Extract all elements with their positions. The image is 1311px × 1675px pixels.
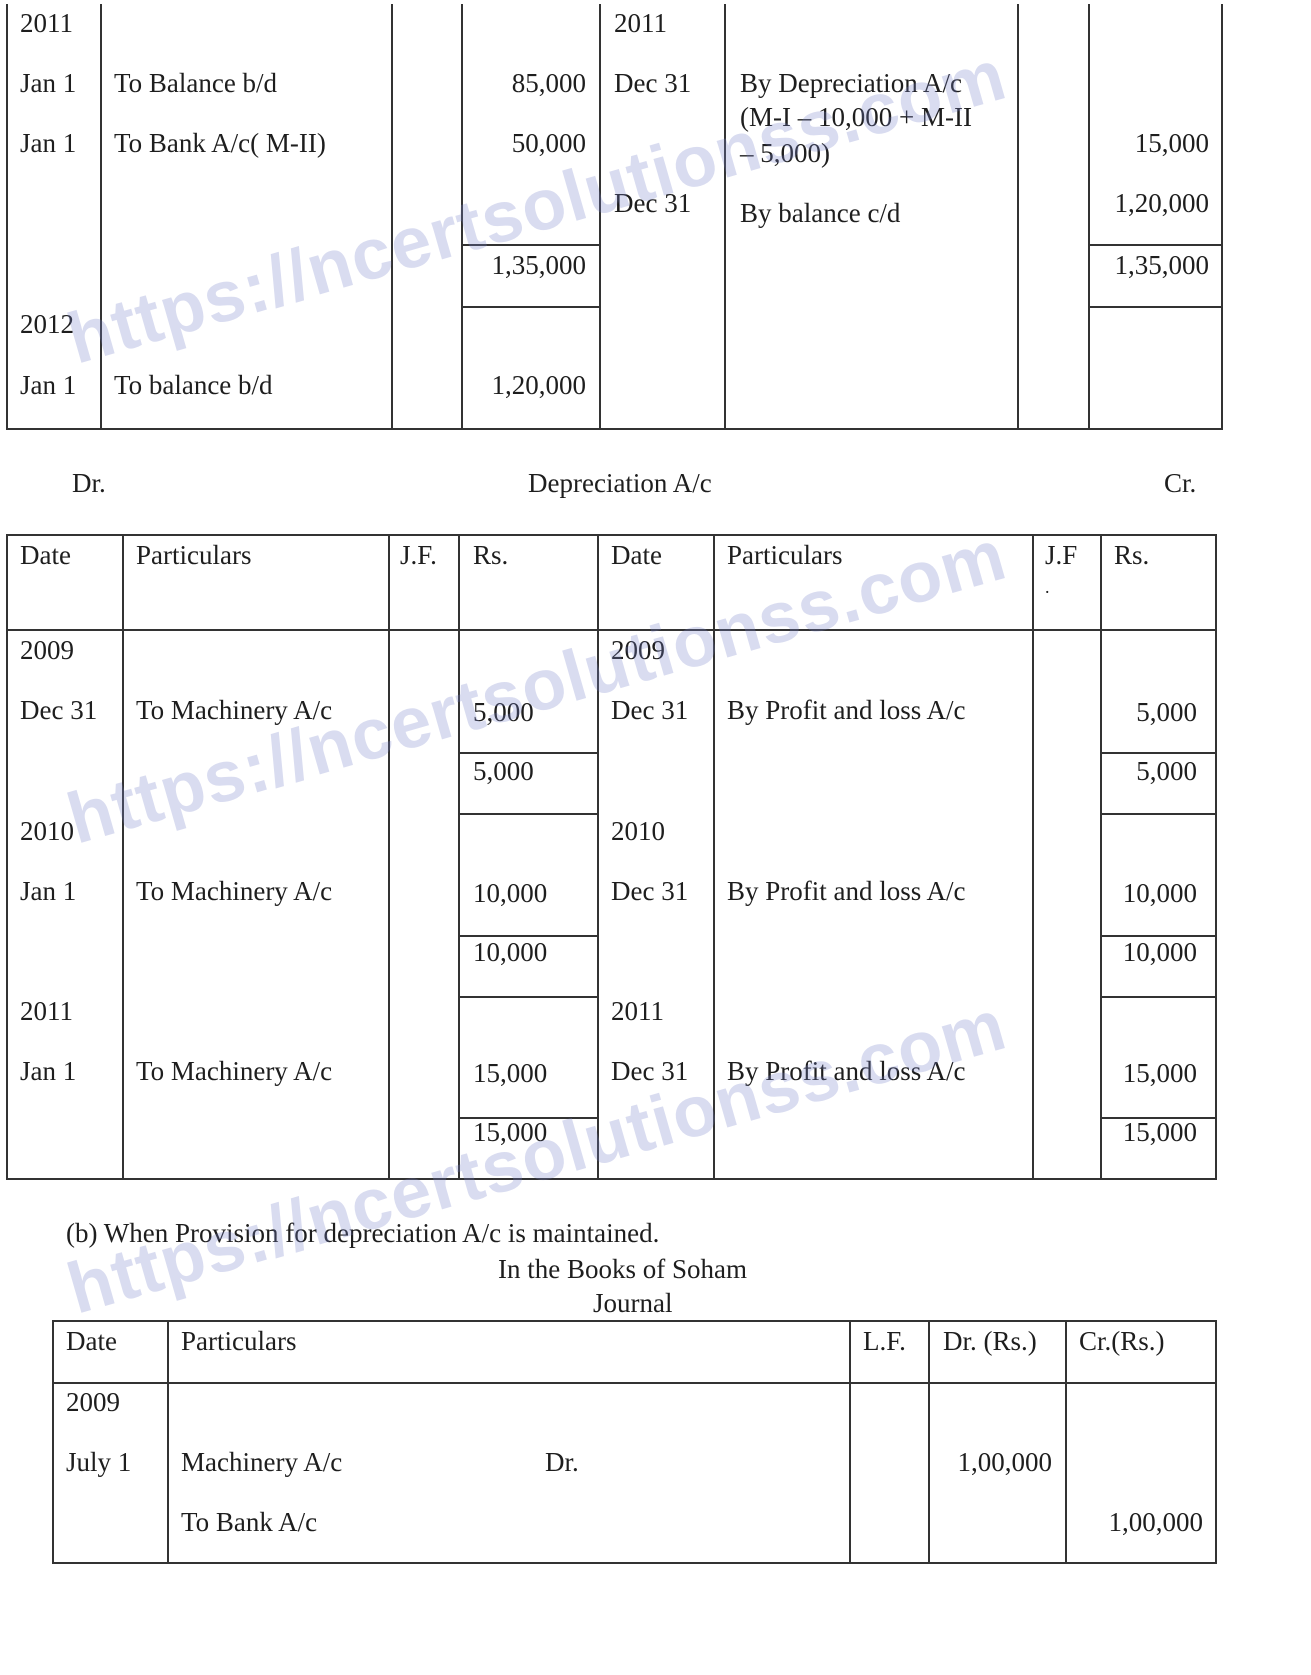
column-divider [391,4,393,429]
table-border [52,1320,54,1563]
amount-cell: 15,000 [1123,1060,1197,1087]
cr-label: Cr. [1164,470,1196,497]
date-cell: Dec 31 [611,697,688,724]
dr-amount: 1,00,000 [958,1449,1053,1476]
header-jf-dot: . [1045,578,1050,596]
date-year: 2011 [614,10,667,37]
header-lf: L.F. [863,1328,906,1355]
total-amount: 1,35,000 [492,252,587,279]
header-date: Date [66,1328,117,1355]
table-border [6,428,1223,430]
date-cell: Jan 1 [20,372,76,399]
amount-cell: 10,000 [1123,880,1197,907]
date-cell: Dec 31 [611,1058,688,1085]
header-particulars: Particulars [727,542,842,569]
total-rule [1100,996,1217,998]
table-border [52,1562,1217,1564]
amount-cell: 5,000 [1136,699,1197,726]
date-cell: Dec 31 [614,70,691,97]
particulars-cell: To Bank A/c( M-II) [114,130,326,157]
amount-cell: 1,20,000 [492,372,587,399]
particulars-cell: By Profit and loss A/c [727,878,966,905]
column-divider [713,534,715,1179]
table-border [6,1178,1217,1180]
column-divider [458,534,460,1179]
header-date: Date [611,542,662,569]
header-date: Date [20,542,71,569]
column-divider [461,4,463,429]
column-divider [597,534,599,1179]
section-heading: (b) When Provision for depreciation A/c … [66,1220,659,1247]
particulars-cell: To Balance b/d [114,70,277,97]
date-year: 2009 [20,637,74,664]
amount-cell: 50,000 [512,130,586,157]
column-divider [100,4,102,429]
total-rule [461,306,601,308]
amount-cell: 5,000 [473,699,534,726]
header-rs: Rs. [473,542,508,569]
books-title: In the Books of Soham [498,1256,747,1283]
date-year: 2009 [611,637,665,664]
particulars-cell: To balance b/d [114,372,273,399]
header-rs: Rs. [1114,542,1149,569]
date-year: 2009 [66,1389,120,1416]
total-amount: 5,000 [473,758,534,785]
particulars-cell-line3: – 5,000) [740,140,830,167]
column-divider [724,4,726,429]
column-divider [1017,4,1019,429]
total-amount: 15,000 [1123,1119,1197,1146]
particulars-cell-line2: (M-I – 10,000 + M-II [740,104,972,131]
dr-label: Dr. [72,470,106,497]
table-border [6,534,1217,536]
amount-cell: 15,000 [1135,130,1209,157]
total-rule [458,813,599,815]
journal-title: Journal [593,1290,672,1317]
date-cell: Jan 1 [20,1058,76,1085]
column-divider [599,4,601,429]
column-divider [388,534,390,1179]
header-rule [6,629,1217,631]
header-jf: J.F [1045,542,1077,569]
table-border [1215,534,1217,1179]
column-divider [167,1320,169,1563]
table-border [6,4,8,429]
particulars-cell: By balance c/d [740,200,900,227]
table-border [1215,1320,1217,1563]
total-rule [458,752,599,754]
table-border [1221,4,1223,429]
header-cr: Cr.(Rs.) [1079,1328,1165,1355]
date-cell: Jan 1 [20,130,76,157]
account-title: Depreciation A/c [528,470,712,497]
date-year: 2011 [20,998,73,1025]
particulars-cell: By Profit and loss A/c [727,697,966,724]
table-border [52,1320,1217,1322]
particulars-cell: By Depreciation A/c [740,70,962,97]
date-year: 2012 [20,311,74,338]
particulars-cell: By Profit and loss A/c [727,1058,966,1085]
amount-cell: 15,000 [473,1060,547,1087]
header-particulars: Particulars [136,542,251,569]
column-divider [928,1320,930,1563]
date-cell: Jan 1 [20,878,76,905]
date-year: 2010 [611,818,665,845]
amount-cell: 10,000 [473,880,547,907]
particulars-cell: To Machinery A/c [136,1058,332,1085]
total-rule [1088,244,1223,246]
credit-account: To Bank A/c [181,1509,317,1536]
date-cell: Dec 31 [614,190,691,217]
debit-account: Machinery A/c [181,1449,342,1476]
amount-cell: 85,000 [512,70,586,97]
particulars-cell: To Machinery A/c [136,697,332,724]
column-divider [1088,4,1090,429]
date-cell: July 1 [66,1449,131,1476]
total-rule [458,996,599,998]
total-amount: 10,000 [1123,939,1197,966]
column-divider [122,534,124,1179]
header-rule [52,1382,1217,1384]
date-year: 2011 [611,998,664,1025]
amount-cell: 1,20,000 [1115,190,1210,217]
total-rule [1100,813,1217,815]
dr-marker: Dr. [545,1449,579,1476]
date-cell: Jan 1 [20,70,76,97]
column-divider [849,1320,851,1563]
total-amount: 10,000 [473,939,547,966]
total-rule [461,244,601,246]
date-year: 2011 [20,10,73,37]
total-rule [1088,306,1223,308]
date-cell: Dec 31 [611,878,688,905]
date-year: 2010 [20,818,74,845]
column-divider [1100,534,1102,1179]
total-rule [1100,752,1217,754]
total-amount: 1,35,000 [1115,252,1210,279]
total-amount: 5,000 [1136,758,1197,785]
column-divider [1065,1320,1067,1563]
table-border [6,534,8,1179]
cr-amount: 1,00,000 [1109,1509,1204,1536]
header-particulars: Particulars [181,1328,296,1355]
particulars-cell: To Machinery A/c [136,878,332,905]
total-amount: 15,000 [473,1119,547,1146]
header-jf: J.F. [400,542,437,569]
header-dr: Dr. (Rs.) [943,1328,1037,1355]
column-divider [1032,534,1034,1179]
date-cell: Dec 31 [20,697,97,724]
